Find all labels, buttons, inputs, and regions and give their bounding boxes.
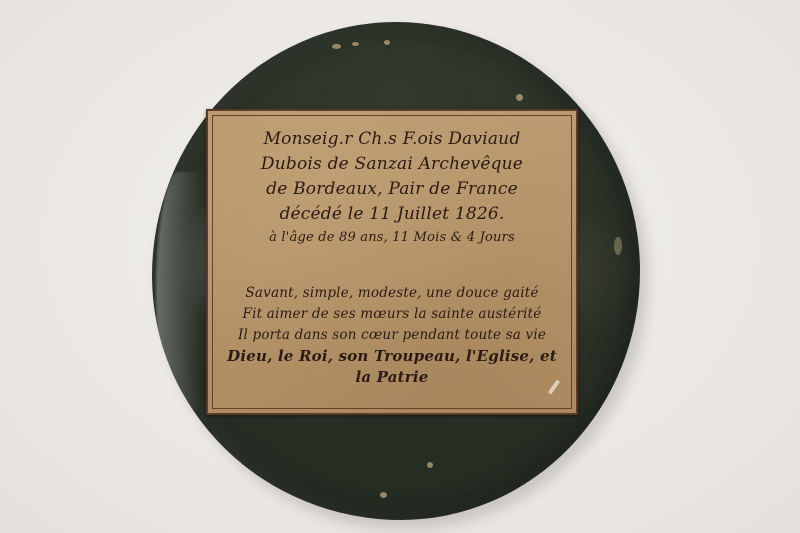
wear-speck: [516, 94, 523, 101]
epitaph-line: Dieu, le Roi, son Troupeau, l'Eglise, et: [208, 346, 576, 367]
header-line: Monseig.r Ch.s F.ois Daviaud: [208, 127, 576, 152]
epitaph-line: Il porta dans son cœur pendant toute sa …: [208, 325, 576, 346]
wear-speck: [332, 44, 341, 49]
photo-scene: Monseig.r Ch.s F.ois Daviaud Dubois de S…: [0, 0, 800, 533]
epitaph-line: Fit aimer de ses mœurs la sainte austéri…: [208, 304, 576, 325]
wear-speck: [427, 462, 433, 468]
epitaph-line: la Patrie: [208, 367, 576, 388]
paper-label: Monseig.r Ch.s F.ois Daviaud Dubois de S…: [206, 109, 578, 415]
label-header: Monseig.r Ch.s F.ois Daviaud Dubois de S…: [208, 127, 576, 249]
epitaph-line: Savant, simple, modeste, une douce gaité: [208, 283, 576, 304]
worn-rim: [156, 172, 202, 412]
header-line: décédé le 11 Juillet 1826.: [208, 202, 576, 227]
wear-speck: [380, 492, 387, 498]
label-epitaph: Savant, simple, modeste, une douce gaité…: [208, 283, 576, 388]
header-line: de Bordeaux, Pair de France: [208, 177, 576, 202]
wear-speck: [614, 237, 622, 255]
header-line: Dubois de Sanzai Archevêque: [208, 152, 576, 177]
wear-speck: [384, 40, 390, 45]
wear-speck: [352, 42, 359, 46]
header-line: à l'âge de 89 ans, 11 Mois & 4 Jours: [208, 227, 576, 249]
